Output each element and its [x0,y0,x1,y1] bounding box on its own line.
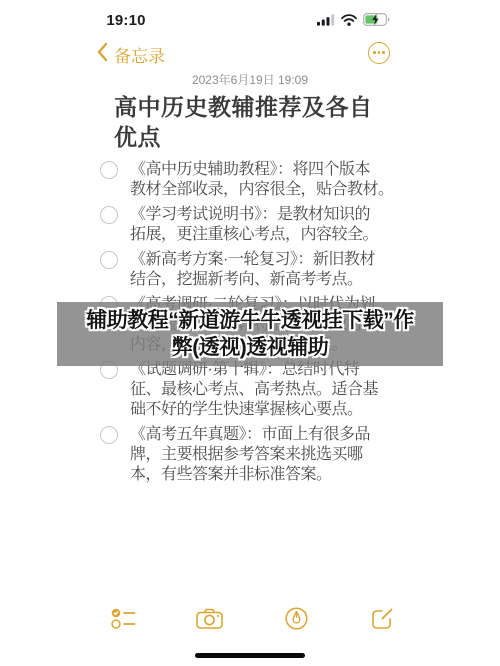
checklist-item: 《高考五年真题》：市面上有很多品 牌，主要根据参考答案来挑选买哪 本，有些答案并… [100,425,400,485]
home-indicator[interactable] [195,653,305,658]
wifi-icon [341,13,357,31]
bottom-toolbar [110,608,396,634]
back-label: 备忘录 [114,42,165,67]
text-line: 《高中历史辅助教程》：将四个版本 [130,160,394,180]
compose-icon [371,607,394,635]
checklist-item: 《试题调研·第十辑》：总结时代特 征、最核心考点、高考热点。适合基 础不好的学生… [100,360,400,420]
checkbox-icon[interactable] [100,426,118,444]
text-line: 础不好的学生快速掌握核心要点。 [130,400,378,420]
checklist-item-text: 《高中历史辅助教程》：将四个版本 教材全部收录，内容很全，贴合教材。 [130,160,394,200]
checklist-item: 《学习考试说明书》：是教材知识的 拓展，更注重核心考点，内容较全。 [100,205,400,245]
checkbox-icon[interactable] [100,161,118,179]
back-button[interactable]: 备忘录 [96,42,165,67]
checklist-button[interactable] [110,608,136,634]
checklist-item-text: 《试题调研·第十辑》：总结时代特 征、最核心考点、高考热点。适合基 础不好的学生… [130,360,378,420]
checklist-item-text: 《新高考方案·一轮复习》：新旧教材 结合，挖掘新考向、新高考考点。 [130,250,375,290]
text-line: 本，有些答案并非标准答案。 [130,465,370,485]
note-title-line: 高中历史教辅推荐及各自 [114,92,400,122]
watermark-text-line: 弊(透视)透视辅助 [172,334,329,361]
checklist-item-text: 《学习考试说明书》：是教材知识的 拓展，更注重核心考点，内容较全。 [130,205,378,245]
cellular-signal-icon [317,13,335,31]
checklist-item: 《高中历史辅助教程》：将四个版本 教材全部收录，内容很全，贴合教材。 [100,160,400,200]
note-title-line: 优点 [114,122,400,152]
watermark-overlay: 辅助教程“新道游牛牛透视挂下载”作 弊(透视)透视辅助 [57,302,443,366]
checklist-icon [111,607,136,635]
text-line: 《高考五年真题》：市面上有很多品 [130,425,370,445]
status-bar: 19:10 [0,8,500,34]
text-line: 《新高考方案·一轮复习》：新旧教材 [130,250,375,270]
battery-charging-icon [363,13,390,31]
checkbox-icon[interactable] [100,251,118,269]
checkbox-icon[interactable] [100,206,118,224]
markup-pen-icon [285,607,308,635]
text-line: 结合，挖掘新考向、新高考考点。 [130,270,375,290]
more-button[interactable] [368,42,390,64]
checklist-item-text: 《高考五年真题》：市面上有很多品 牌，主要根据参考答案来挑选买哪 本，有些答案并… [130,425,370,485]
ellipsis-icon [373,51,385,54]
checklist-item: 《新高考方案·一轮复习》：新旧教材 结合，挖掘新考向、新高考考点。 [100,250,400,290]
chevron-left-icon [96,42,108,67]
nav-bar: 备忘录 [0,42,500,70]
note-title: 高中历史教辅推荐及各自 优点 [114,92,400,152]
text-line: 拓展，更注重核心考点，内容较全。 [130,225,378,245]
markup-button[interactable] [283,608,309,634]
text-line: 《学习考试说明书》：是教材知识的 [130,205,378,225]
compose-button[interactable] [370,608,396,634]
status-icons [317,13,390,31]
camera-icon [196,608,223,634]
clock: 19:10 [95,12,157,29]
note-body: 高中历史教辅推荐及各自 优点 《高中历史辅助教程》：将四个版本 教材全部收录，内… [100,92,400,490]
watermark-text-line: 辅助教程“新道游牛牛透视挂下载”作 [86,307,414,334]
text-line: 牌，主要根据参考答案来挑选买哪 [130,445,370,465]
camera-button[interactable] [197,608,223,634]
text-line: 征、最核心考点、高考热点。适合基 [130,380,378,400]
note-date: 2023年6月19日 19:09 [0,71,500,88]
text-line: 教材全部收录，内容很全，贴合教材。 [130,180,394,200]
